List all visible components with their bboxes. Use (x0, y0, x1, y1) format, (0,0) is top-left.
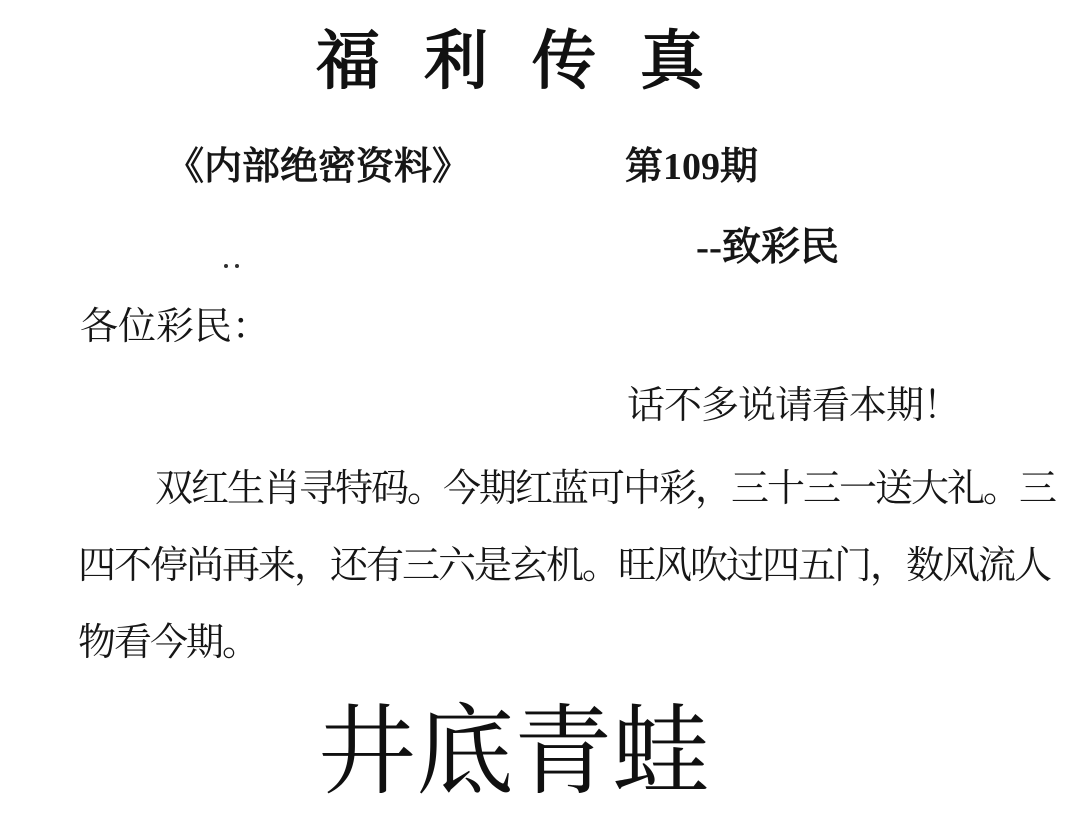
footer-phrase: 井底青蛙 (318, 704, 710, 802)
dedication-line: --致彩民 (696, 228, 839, 267)
classification-label: 《内部绝密资料》 (166, 148, 470, 186)
page-title: 福利传真 (316, 30, 748, 94)
body-text-line: 物看今期。 (78, 624, 258, 662)
intro-line: 话不多说请看本期！ (627, 387, 960, 425)
greeting-line: 各位彩民： (80, 308, 270, 346)
body-text-line: 双红生肖寻特码。今期红蓝可中彩，三十三一送大礼。三 (155, 470, 1055, 508)
issue-number: 第109期 (625, 148, 758, 186)
body-text-line: 四不停尚再来，还有三六是玄机。旺风吹过四五门，数风流人 (78, 547, 1050, 585)
scan-artifact-dots (224, 264, 244, 270)
document-page: 福利传真 《内部绝密资料》 第109期 --致彩民 各位彩民： 话不多说请看本期… (0, 0, 1080, 828)
